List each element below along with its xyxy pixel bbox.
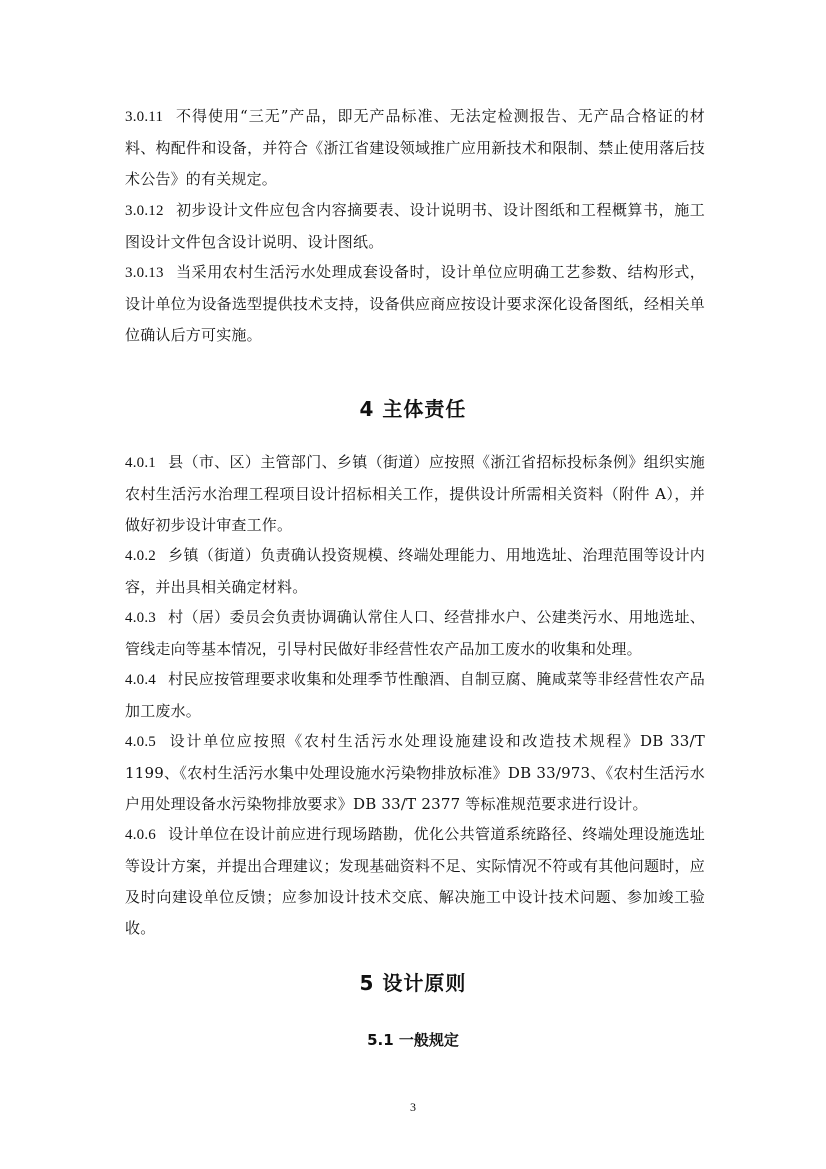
clause-4-0-4: 4.0.4村民应按管理要求收集和处理季节性酿酒、自制豆腐、腌咸菜等非经营性农产品… (125, 664, 705, 727)
clause-3-0-12: 3.0.12初步设计文件应包含内容摘要表、设计说明书、设计图纸和工程概算书，施工… (125, 195, 705, 258)
clause-text: 当采用农村生活污水处理成套设备时，设计单位应明确工艺参数、结构形式，设计单位为设… (125, 263, 705, 344)
chapter-5-title: 5 设计原则 (0, 967, 826, 996)
clause-number: 4.0.6 (125, 820, 156, 851)
clause-text: 乡镇（街道）负责确认投资规模、终端处理能力、用地选址、治理范围等设计内容，并出具… (125, 546, 705, 596)
clause-text: 初步设计文件应包含内容摘要表、设计说明书、设计图纸和工程概算书，施工图设计文件包… (125, 201, 705, 251)
clause-number: 4.0.4 (125, 665, 156, 696)
clause-3-0-13: 3.0.13当采用农村生活污水处理成套设备时，设计单位应明确工艺参数、结构形式，… (125, 257, 705, 351)
clause-4-0-1: 4.0.1县（市、区）主管部门、乡镇（街道）应按照《浙江省招标投标条例》组织实施… (125, 447, 705, 541)
clause-4-0-5: 4.0.5设计单位应按照《农村生活污水处理设施建设和改造技术规程》DB 33/T… (125, 726, 705, 820)
clause-4-0-6: 4.0.6设计单位在设计前应进行现场踏勘，优化公共管道系统路径、终端处理设施选址… (125, 819, 705, 944)
clause-text: 县（市、区）主管部门、乡镇（街道）应按照《浙江省招标投标条例》组织实施农村生活污… (125, 453, 705, 534)
clause-text: 村（居）委员会负责协调确认常住人口、经营排水户、公建类污水、用地选址、管线走向等… (125, 608, 705, 658)
clause-text: 村民应按管理要求收集和处理季节性酿酒、自制豆腐、腌咸菜等非经营性农产品加工废水。 (125, 670, 705, 720)
chapter-4-title: 4 主体责任 (0, 393, 826, 422)
document-page: 3.0.11不得使用“三无”产品，即无产品标准、无法定检测报告、无产品合格证的材… (0, 0, 826, 1169)
clause-number: 3.0.13 (125, 258, 164, 289)
clause-4-0-2: 4.0.2乡镇（街道）负责确认投资规模、终端处理能力、用地选址、治理范围等设计内… (125, 540, 705, 603)
clause-number: 4.0.5 (125, 727, 156, 758)
clause-3-0-11: 3.0.11不得使用“三无”产品，即无产品标准、无法定检测报告、无产品合格证的材… (125, 101, 705, 195)
clause-number: 4.0.2 (125, 541, 156, 572)
clause-text: 设计单位应按照《农村生活污水处理设施建设和改造技术规程》DB 33/T 1199… (125, 732, 705, 813)
clause-text: 设计单位在设计前应进行现场踏勘，优化公共管道系统路径、终端处理设施选址等设计方案… (125, 825, 705, 937)
clause-number: 3.0.12 (125, 196, 164, 227)
page-number: 3 (0, 1100, 826, 1115)
clause-number: 3.0.11 (125, 102, 163, 133)
section-5-1-title: 5.1 一般规定 (0, 1029, 826, 1050)
clause-number: 4.0.3 (125, 603, 156, 634)
clause-4-0-3: 4.0.3村（居）委员会负责协调确认常住人口、经营排水户、公建类污水、用地选址、… (125, 602, 705, 665)
clause-number: 4.0.1 (125, 448, 156, 479)
clause-text: 不得使用“三无”产品，即无产品标准、无法定检测报告、无产品合格证的材料、构配件和… (125, 107, 705, 188)
